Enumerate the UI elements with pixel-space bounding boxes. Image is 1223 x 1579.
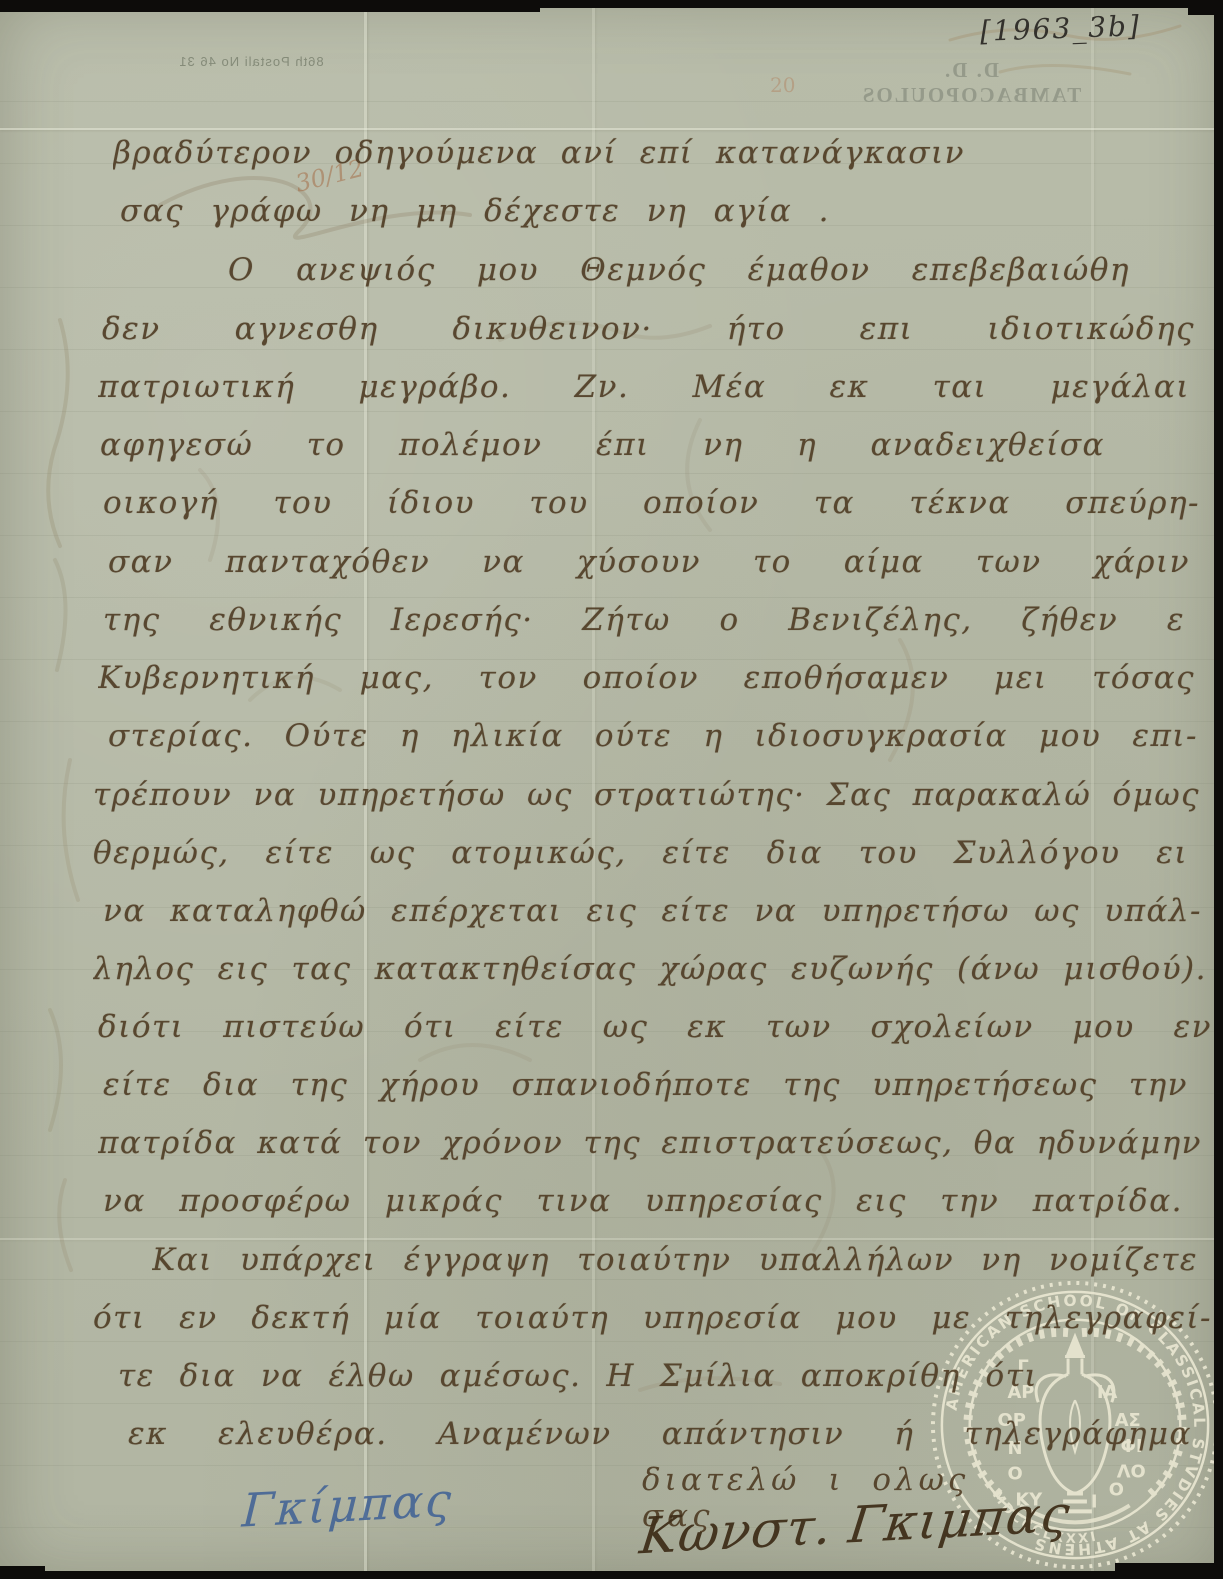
handwritten-line: Ο ανεψιός μου Θεμνός έμαθον επεβεβαιώθη: [228, 247, 1130, 297]
handwritten-line: της εθνικής Ιερεσής· Ζήτω ο Βενιζέλης, ζ…: [103, 597, 1185, 647]
ghost-number-stamp: 20: [770, 73, 795, 97]
handwritten-line: να προσφέρω μικράς τινα υπηρεσίας εις τη…: [103, 1178, 1183, 1228]
handwritten-line: τε δια να έλθω αμέσως. Η Σμίλια αποκρίθη…: [118, 1353, 1038, 1403]
svg-text:Ο: Ο: [1007, 1464, 1022, 1485]
handwritten-line: αφηγεσώ το πολέμον έπι νη η αναδειχθείσα: [100, 422, 1105, 472]
svg-text:Ι: Ι: [1091, 1491, 1098, 1512]
handwritten-line: να καταληφθώ επέρχεται εις είτε να υπηρε…: [103, 888, 1202, 938]
svg-text:ΙΑ: ΙΑ: [1097, 1382, 1118, 1403]
handwritten-line: ότι εν δεκτή μία τοιαύτη υπηρεσία μου με…: [93, 1295, 1212, 1345]
handwritten-line: θερμώς, είτε ως ατομικώς, είτε δια του Σ…: [93, 830, 1188, 880]
handwritten-line: οικογή του ίδιου του οποίον τα τέκνα σπε…: [103, 480, 1200, 530]
handwritten-line: εκ ελευθέρα. Αναμένων απάντησιν ή τηλεγρ…: [128, 1411, 1192, 1461]
handwritten-line: πατρίδα κατά τον χρόνον της επιστρατεύσε…: [98, 1120, 1202, 1170]
mirrored-postal-imprint: 86th Postali No 46 31: [126, 54, 376, 69]
handwritten-line: σαν πανταχόθεν να χύσουν το αίμα των χάρ…: [108, 539, 1190, 589]
svg-text:Ο: Ο: [1109, 1480, 1124, 1501]
letter-scan: 30/12 20 D. D. TAMBACOPOULOS 86th Postal…: [0, 0, 1223, 1579]
handwritten-line: ληλος εις τας κατακτηθείσας χώρας ευζωνή…: [93, 946, 1207, 996]
handwritten-line: τρέπουν να υπηρετήσω ως στρατιώτης· Σας …: [93, 772, 1200, 822]
handwritten-line: σας γράφω νη μη δέχεστε νη αγία .: [120, 188, 830, 238]
handwritten-line: δεν αγνεσθη δικυθεινον· ήτο επι ιδιοτικώ…: [102, 306, 1195, 356]
scan-edge-bottom-right: [1115, 1563, 1223, 1579]
scan-edge-right: [1214, 0, 1223, 1579]
archive-code-annotation: [1963_3b]: [979, 9, 1141, 48]
handwritten-line: Και υπάρχει έγγραψη τοιαύτην υπαλλήλων ν…: [152, 1237, 1198, 1287]
mirrored-letterhead: D. D. TAMBACOPOULOS: [846, 58, 1096, 108]
scan-edge-bottom: [0, 1571, 1223, 1579]
blue-pencil-annotation: Γκίμπας: [241, 1472, 455, 1537]
scan-edge-top-left: [0, 0, 540, 12]
scan-edge-bottom-left: [0, 1566, 45, 1579]
handwritten-line: διότι πιστεύω ότι είτε ως εκ των σχολείω…: [98, 1004, 1212, 1054]
handwritten-line: στερίας. Ούτε η ηλικία ούτε η ιδιοσυγκρα…: [108, 713, 1198, 763]
handwritten-line: είτε δια της χήρου σπανιοδήποτε της υπηρ…: [103, 1062, 1188, 1112]
handwritten-line: πατριωτική μεγράβο. Ζν. Μέα εκ ται μεγάλ…: [98, 364, 1190, 414]
handwritten-line: Κυβερνητική μας, τον οποίον εποθήσαμεν μ…: [98, 655, 1195, 705]
handwritten-line: βραδύτερον οδηγούμενα ανί επί κατανάγκασ…: [113, 130, 965, 180]
